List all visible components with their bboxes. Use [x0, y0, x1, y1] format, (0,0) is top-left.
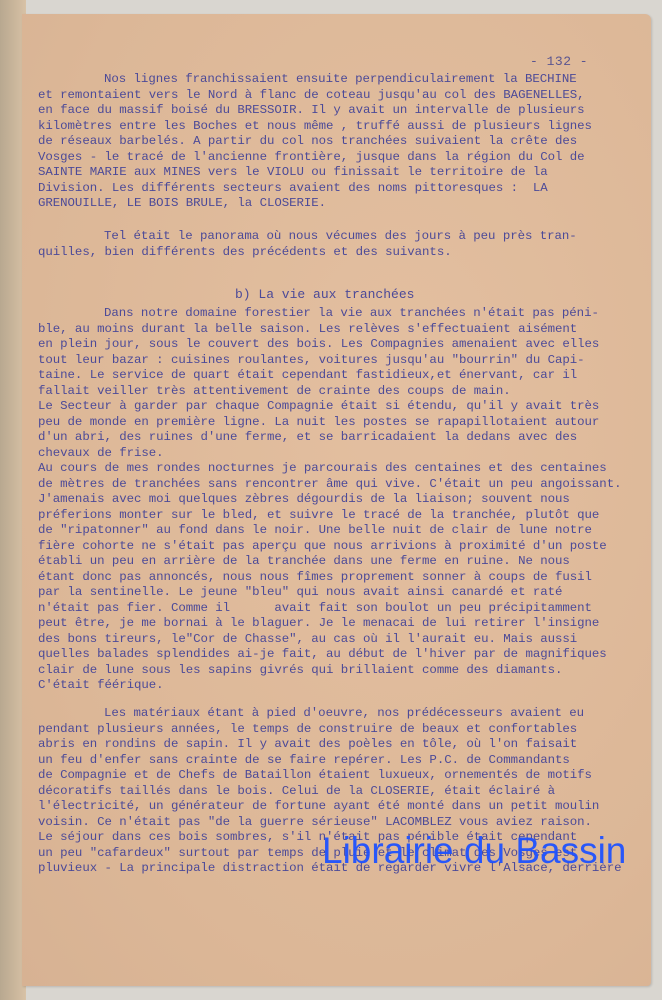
text-line: voisin. Ce n'était pas "de la guerre sér… — [38, 815, 658, 831]
paragraph-2: Tel était le panorama où nous vécumes de… — [38, 229, 658, 260]
text-line: tout leur bazar : cuisines roulantes, vo… — [38, 353, 658, 369]
text-line: quelles balades splendides ai-je fait, a… — [38, 647, 658, 663]
text-line: chevaux de frise. — [38, 446, 658, 462]
text-line: clair de lune sous les sapins givrés qui… — [38, 663, 658, 679]
text-line: Division. Les différents secteurs avaien… — [38, 181, 658, 197]
text-line: GRENOUILLE, LE BOIS BRULE, la CLOSERIE. — [38, 196, 658, 212]
page-number: - 132 - — [530, 54, 588, 69]
text-line: fière cohorte ne s'était pas aperçu que … — [38, 539, 658, 555]
text-line: peu de monde en première ligne. La nuit … — [38, 415, 658, 431]
text-line: SAINTE MARIE aux MINES vers le VIOLU ou … — [38, 165, 658, 181]
text-line: Dans notre domaine forestier la vie aux … — [38, 306, 658, 322]
text-line: J'amenais avec moi quelques zèbres dégou… — [38, 492, 658, 508]
text-line: fallait veiller très attentivement de cr… — [38, 384, 658, 400]
text-line: en plein jour, sous le couvert des bois.… — [38, 337, 658, 353]
paragraph-1: Nos lignes franchissaient ensuite perpen… — [38, 72, 658, 212]
text-line: quilles, bien différents des précédents … — [38, 245, 658, 261]
text-line: pendant plusieurs années, le temps de co… — [38, 722, 658, 738]
text-line: Nos lignes franchissaient ensuite perpen… — [38, 72, 658, 88]
text-line: préferions monter sur le bled, et suivre… — [38, 508, 658, 524]
paragraph-3: Dans notre domaine forestier la vie aux … — [38, 306, 658, 694]
text-line: de réseaux barbelés. A partir du col nos… — [38, 134, 658, 150]
text-line: l'électricité, un générateur de fortune … — [38, 799, 658, 815]
text-line: peut être, je me bornai à le blaguer. Je… — [38, 616, 658, 632]
text-line: de Compagnie et de Chefs de Bataillon ét… — [38, 768, 658, 784]
text-line: d'un abri, des ruines d'une ferme, et se… — [38, 430, 658, 446]
text-line: établi un peu en arrière de la tranchée … — [38, 554, 658, 570]
text-line: décoratifs taillés dans le bois. Celui d… — [38, 784, 658, 800]
text-line: par la sentinelle. Le jeune "bleu" qui n… — [38, 585, 658, 601]
text-line: étant donc pas annoncés, nous nous fîmes… — [38, 570, 658, 586]
text-line: Au cours de mes rondes nocturnes je parc… — [38, 461, 658, 477]
watermark-text: Librairie du Bassin — [322, 830, 626, 872]
section-heading: b) La vie aux tranchées — [235, 287, 414, 302]
text-line: de mètres de tranchées sans rencontrer â… — [38, 477, 658, 493]
text-line: un feu d'enfer sans crainte de se faire … — [38, 753, 658, 769]
text-line: ble, au moins durant la belle saison. Le… — [38, 322, 658, 338]
text-line: Tel était le panorama où nous vécumes de… — [38, 229, 658, 245]
text-line: en face du massif boisé du BRESSOIR. Il … — [38, 103, 658, 119]
text-line: Les matériaux étant à pied d'oeuvre, nos… — [38, 706, 658, 722]
text-line: abris en rondins de sapin. Il y avait de… — [38, 737, 658, 753]
text-line: Le Secteur à garder par chaque Compagnie… — [38, 399, 658, 415]
text-line: de "ripatonner" au fond dans le noir. Un… — [38, 523, 658, 539]
text-line: et remontaient vers le Nord à flanc de c… — [38, 88, 658, 104]
text-line: kilomètres entre les Boches et nous même… — [38, 119, 658, 135]
text-line: n'était pas fier. Comme il avait fait so… — [38, 601, 658, 617]
text-line: des bons tireurs, le"Cor de Chasse", au … — [38, 632, 658, 648]
text-line: C'était féérique. — [38, 678, 658, 694]
text-line: Vosges - le tracé de l'ancienne frontièr… — [38, 150, 658, 166]
text-line: taine. Le service de quart était cependa… — [38, 368, 658, 384]
